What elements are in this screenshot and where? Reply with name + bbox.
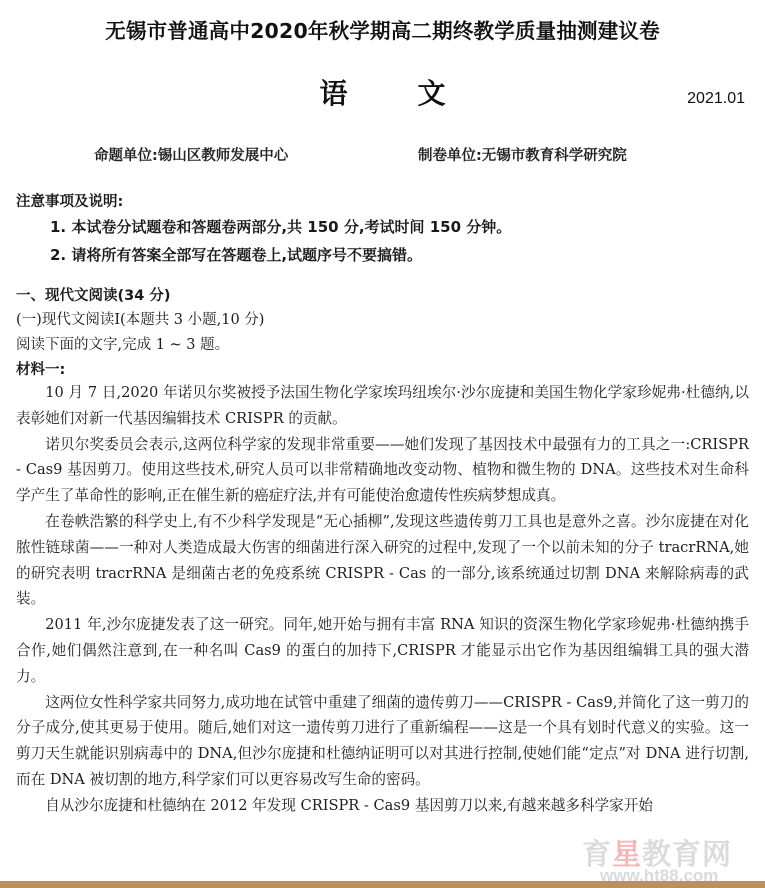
producer-unit: 制卷单位:无锡市教育科学研究院	[418, 144, 627, 165]
notes-heading: 注意事项及说明:	[16, 190, 123, 211]
paragraph: 在卷帙浩繁的科学史上,有不少科学发现是“无心插柳”,发现这些遗传剪刀工具也是意外…	[16, 509, 749, 612]
note-item: 1. 本试卷分试题卷和答题卷两部分,共 150 分,考试时间 150 分钟。	[50, 216, 511, 237]
paragraph: 这两位女性科学家共同努力,成功地在试管中重建了细菌的遗传剪刀——CRISPR -…	[16, 690, 749, 793]
subject-char-2: 文	[418, 77, 446, 110]
material-label: 材料一:	[16, 358, 65, 379]
subject-char-1: 语	[319, 72, 347, 112]
section-instruction: 阅读下面的文字,完成 1 ~ 3 题。	[16, 333, 229, 354]
subject-title: 语文	[0, 72, 765, 112]
material-body: 10 月 7 日,2020 年诺贝尔奖被授予法国生物化学家埃玛纽埃尔·沙尔庞捷和…	[16, 380, 749, 819]
section-subtitle: (一)现代文阅读Ⅰ(本题共 3 小题,10 分)	[16, 308, 264, 329]
paragraph: 2011 年,沙尔庞捷发表了这一研究。同年,她开始与拥有丰富 RNA 知识的资深…	[16, 612, 749, 689]
section-title: 一、现代文阅读(34 分)	[16, 284, 170, 305]
exam-page: 无锡市普通高中2020年秋学期高二期终教学质量抽测建议卷 语文 2021.01 …	[0, 0, 765, 888]
note-item: 2. 请将所有答案全部写在答题卷上,试题序号不要搞错。	[50, 244, 422, 265]
page-bottom-border	[0, 881, 765, 888]
exam-title: 无锡市普通高中2020年秋学期高二期终教学质量抽测建议卷	[0, 14, 765, 44]
paragraph: 诺贝尔奖委员会表示,这两位科学家的发现非常重要——她们发现了基因技术中最强有力的…	[16, 432, 749, 509]
setter-unit: 命题单位:锡山区教师发展中心	[94, 144, 288, 165]
exam-date: 2021.01	[687, 90, 745, 108]
paragraph: 10 月 7 日,2020 年诺贝尔奖被授予法国生物化学家埃玛纽埃尔·沙尔庞捷和…	[16, 380, 749, 432]
paragraph: 自从沙尔庞捷和杜德纳在 2012 年发现 CRISPR - Cas9 基因剪刀以…	[16, 793, 749, 819]
